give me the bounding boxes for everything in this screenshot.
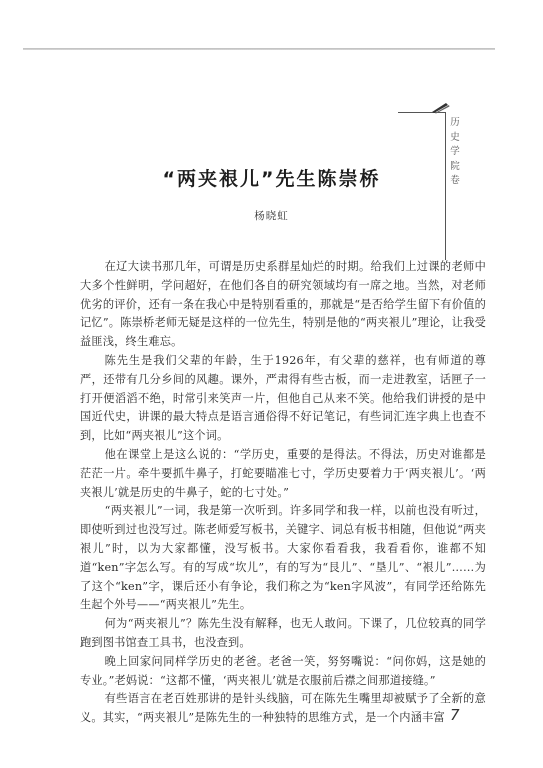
- paragraph: “两夹裉儿”一词，我是第一次听到。许多同学和我一样，以前也没有听过，即使听到过也…: [80, 502, 486, 615]
- paragraph: 何为“两夹裉儿”？陈先生没有解释，也无人敢问。下课了，几位较真的同学跑到图书馆查…: [80, 615, 486, 653]
- article-body: 在辽大读书那几年，可谓是历史系群星灿烂的时期。给我们上过课的老师中大多个性鲜明，…: [80, 258, 486, 728]
- paragraph: 他在课堂上是这么说的：“学历史，重要的是得法。不得法，历史对谁都是茫茫一片。牵牛…: [80, 446, 486, 502]
- paragraph: 有些语言在老百姓那讲的是针头线脑，可在陈先生嘴里却被赋予了全新的意义。其实，“两…: [80, 690, 486, 728]
- header-rule: [23, 48, 495, 50]
- paragraph: 陈先生是我们父辈的年龄，生于1926年，有父辈的慈祥，也有师道的尊严，还带有几分…: [80, 352, 486, 446]
- article-title: “两夹裉儿”先生陈崇桥: [0, 164, 543, 191]
- pen-icon: [430, 100, 450, 114]
- paragraph: 在辽大读书那几年，可谓是历史系群星灿烂的时期。给我们上过课的老师中大多个性鲜明，…: [80, 258, 486, 352]
- paragraph: 晚上回家问同样学历史的老爸。老爸一笑，努努嘴说：“问你妈，这是她的专业。”老妈说…: [80, 653, 486, 691]
- article-author: 杨晓虹: [0, 208, 543, 223]
- page-number: 7: [450, 706, 460, 724]
